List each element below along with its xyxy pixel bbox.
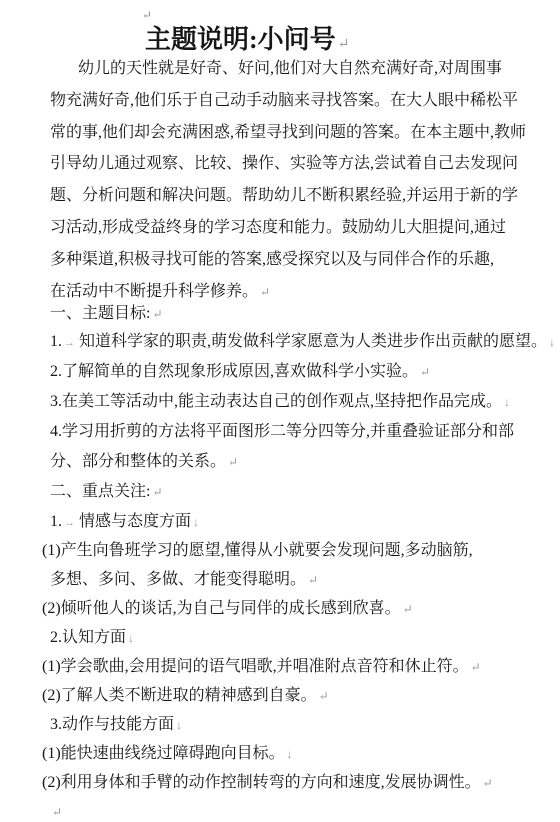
- text-line: 习活动,形成受益终身的学习态度和能力。鼓励幼儿大胆提问,通过: [50, 217, 508, 239]
- paragraph-mark: ↵: [142, 8, 152, 22]
- text-line: (1)产生向鲁班学习的愿望,懂得从小就要会发现问题,多动脑筋,: [42, 540, 475, 562]
- subsection-heading-emotion-attitude: 1.→情感与态度方面↓: [50, 511, 199, 533]
- text-line: (1)能快速曲线绕过障碍跑向目标。↓: [42, 743, 293, 765]
- text-line: 4.学习用折剪的方法将平面图形二等分四等分,并重叠验证部分和部: [50, 421, 516, 443]
- line-break-mark: ↓: [128, 631, 134, 645]
- paragraph-mark: ↵: [308, 573, 318, 587]
- text-line: 常的事,他们却会充满困惑,希望寻找到问题的答案。在本主题中,教师: [50, 122, 528, 144]
- line-break-mark: ↓: [504, 395, 510, 409]
- paragraph-mark: ↵: [471, 660, 481, 674]
- paragraph-mark: ↵: [152, 307, 162, 321]
- text-line: (2)倾听他人的谈话,为自己与同伴的成长感到欣喜。↵: [42, 598, 413, 620]
- text-line: 引导幼儿通过观察、比较、操作、实验等方法,尝试着自己去发现问: [50, 153, 520, 175]
- text-line: (2)了解人类不断进取的精神感到自豪。↵: [42, 685, 329, 707]
- text-line: 题、分析问题和解决问题。帮助幼儿不断积累经验,并运用于新的学: [50, 185, 520, 207]
- subsection-heading-cognition: 2.认知方面↓: [50, 627, 134, 649]
- line-break-mark: ↓: [287, 747, 293, 761]
- text-line: 分、部分和整体的关系。↵: [50, 451, 238, 473]
- text-line: 1.→知道科学家的职责,萌发做科学家愿意为人类进步作出贡献的愿望。↓: [50, 331, 555, 353]
- text-line: 物充满好奇,他们乐于自己动手动脑来寻找答案。在大人眼中稀松平: [50, 90, 520, 112]
- section-heading-key-focus: 二、重点关注:↵: [50, 481, 163, 503]
- paragraph-mark: ↵: [228, 455, 238, 469]
- text-line: 多种渠道,积极寻找可能的答案,感受探究以及与同伴合作的乐趣,: [50, 249, 496, 271]
- paragraph-mark: ↵: [152, 485, 162, 499]
- document-title: 主题说明:小问号↵: [145, 22, 349, 58]
- text-line: 多想、多问、多做、才能变得聪明。↵: [50, 569, 318, 591]
- paragraph-mark: ↵: [260, 285, 270, 299]
- paragraph-mark: ↵: [420, 365, 430, 379]
- paragraph-mark: ↵: [403, 602, 413, 616]
- text-line: 2.了解简单的自然现象形成原因,喜欢做科学小实验。↵: [50, 361, 430, 383]
- subsection-heading-motor-skills: 3.动作与技能方面↓: [50, 714, 182, 736]
- tab-mark: →: [64, 517, 75, 529]
- line-break-mark: ↓: [549, 335, 555, 349]
- text-line: (1)学会歌曲,会用提问的语气唱歌,并唱准附点音符和休止符。↵: [42, 656, 481, 678]
- tab-mark: →: [64, 337, 75, 349]
- text-line: (2)利用身体和手臂的动作控制转弯的方向和速度,发展协调性。↵: [42, 772, 493, 794]
- paragraph-mark: ↵: [338, 37, 350, 52]
- line-break-mark: ↓: [193, 515, 199, 529]
- title-text: 主题说明:小问号: [145, 25, 336, 54]
- paragraph-mark: ↵: [52, 805, 62, 819]
- text-line: 幼儿的天性就是好奇、好问,他们对大自然充满好奇,对周围事: [78, 58, 504, 80]
- document-page: ↵ 主题说明:小问号↵ 幼儿的天性就是好奇、好问,他们对大自然充满好奇,对周围事…: [0, 0, 560, 822]
- paragraph-mark: ↵: [319, 689, 329, 703]
- text-line: 在活动中不断提升科学修养。↵: [50, 281, 270, 303]
- text-line: 3.在美工等活动中,能主动表达自己的创作观点,坚持把作品完成。↓: [50, 391, 510, 413]
- paragraph-mark: ↵: [483, 776, 493, 790]
- line-break-mark: ↓: [176, 718, 182, 732]
- section-heading-theme-goals: 一、主题目标:↵: [50, 303, 163, 325]
- empty-paragraph: ↵: [50, 801, 62, 822]
